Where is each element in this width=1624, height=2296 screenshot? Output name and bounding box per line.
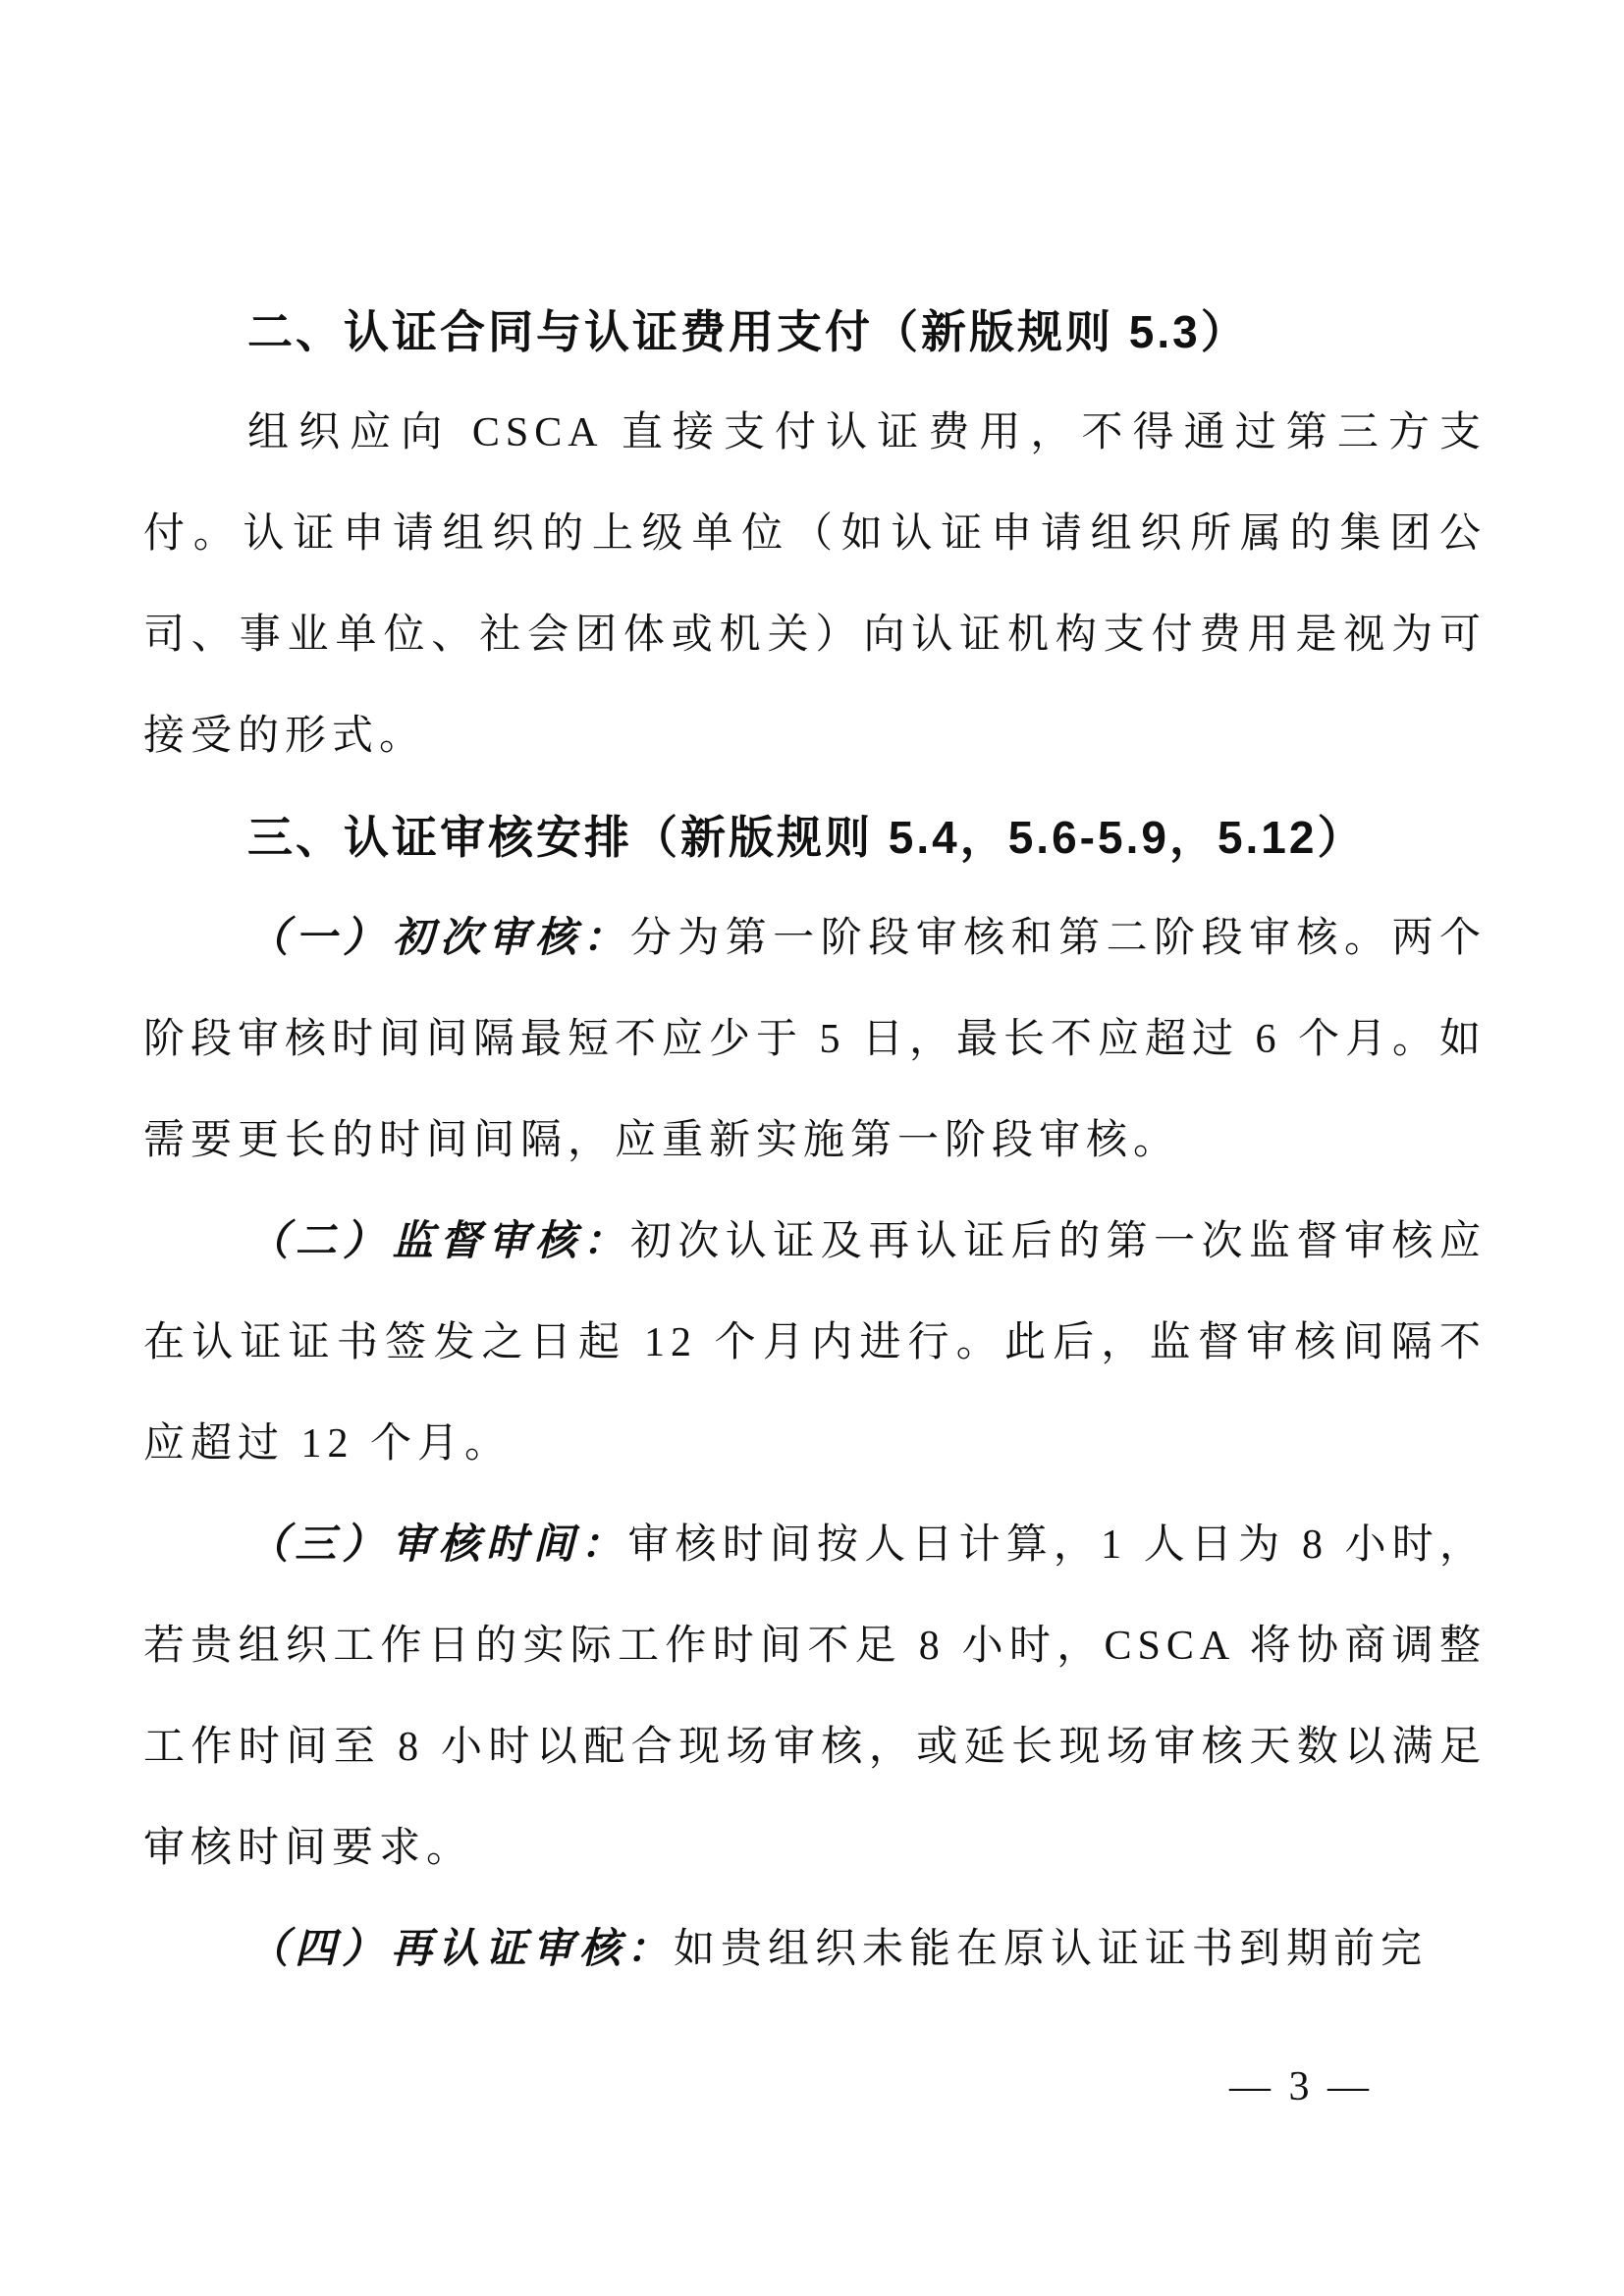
item-text: 如贵组织未能在原认证证书到期前完	[674, 1927, 1428, 1972]
paragraph-payment-rules: 组织应向 CSCA 直接支付认证费用，不得通过第三方支付。认证申请组织的上级单位…	[143, 383, 1487, 787]
paragraph-recertification-audit: （四）再认证审核：如贵组织未能在原认证证书到期前完	[143, 1899, 1487, 2001]
item-label: 审核时间：	[392, 1522, 628, 1568]
item-label: 初次审核：	[392, 916, 629, 961]
item-text: 审核时间按人日计算，1 人日为 8 小时，若贵组织工作日的实际工作时间不足 8 …	[143, 1522, 1487, 1871]
section-heading-audit-arrangement: 三、认证审核安排（新版规则 5.4，5.6-5.9，5.12）	[143, 787, 1487, 888]
section-heading-contract-payment: 二、认证合同与认证费用支付（新版规则 5.3）	[143, 282, 1487, 383]
paragraph-surveillance-audit: （二）监督审核：初次认证及再认证后的第一次监督审核应在认证证书签发之日起 12 …	[143, 1192, 1487, 1495]
item-number: （四）	[247, 1927, 389, 1972]
paragraph-audit-time: （三）审核时间：审核时间按人日计算，1 人日为 8 小时，若贵组织工作日的实际工…	[143, 1495, 1487, 1899]
item-number: （三）	[247, 1522, 390, 1568]
page-number: — 3 —	[1229, 2057, 1373, 2116]
item-number: （二）	[247, 1219, 390, 1264]
item-label: 再认证审核：	[391, 1927, 674, 1972]
item-number: （一）	[247, 916, 390, 961]
paragraph-initial-audit: （一）初次审核：分为第一阶段审核和第二阶段审核。两个阶段审核时间间隔最短不应少于…	[143, 888, 1487, 1192]
document-page: 二、认证合同与认证费用支付（新版规则 5.3） 组织应向 CSCA 直接支付认证…	[0, 0, 1624, 2296]
item-label: 监督审核：	[392, 1219, 629, 1264]
